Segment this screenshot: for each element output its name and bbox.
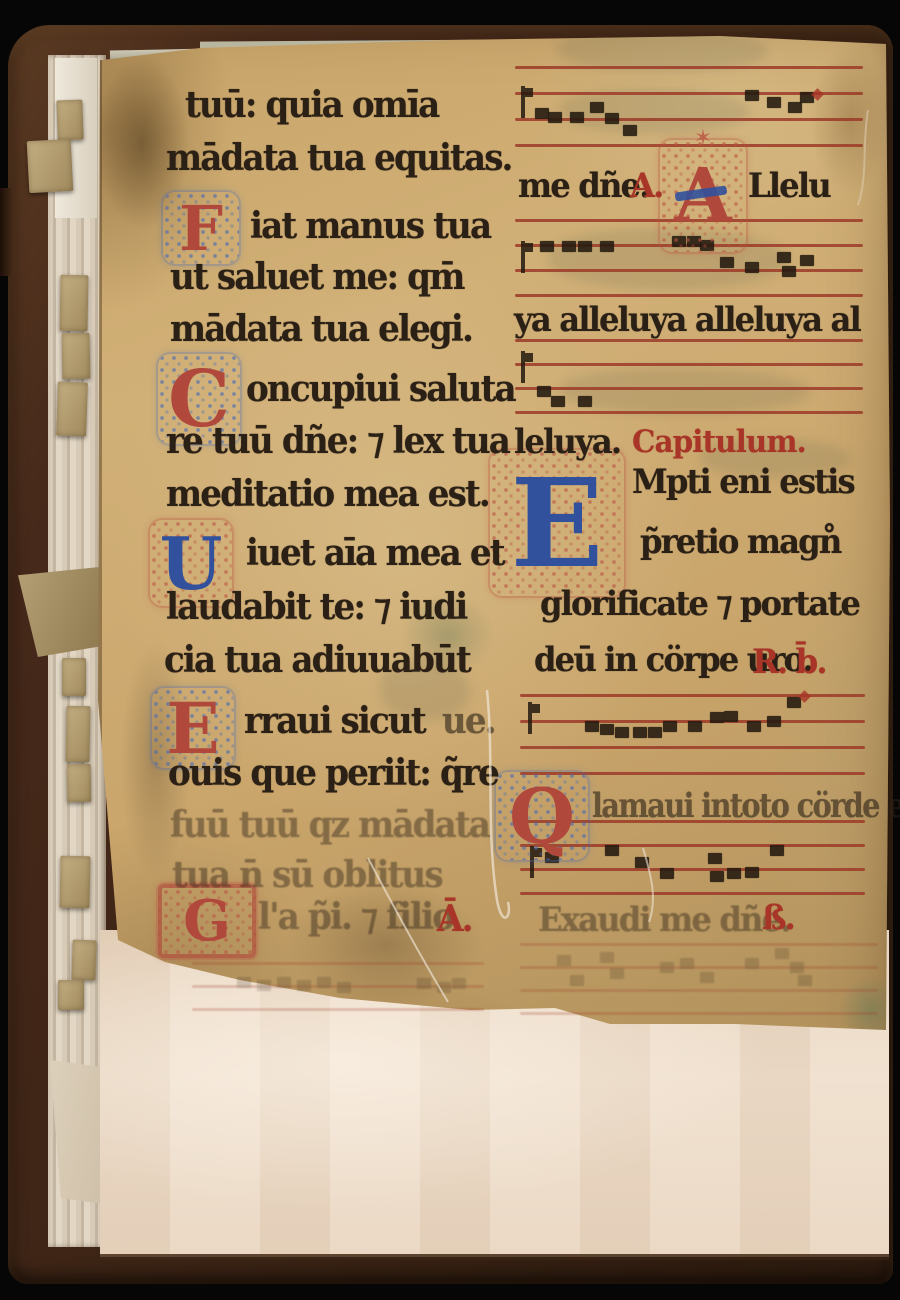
- staff-line: [520, 868, 865, 871]
- neume-note: [727, 868, 741, 879]
- neume-note: [452, 978, 466, 989]
- rubric-capitulum: Capitulum.: [632, 424, 806, 460]
- staff-line: [515, 363, 863, 366]
- chapter-text: p̃retio magn̊: [640, 522, 840, 562]
- parchment-tab: [56, 381, 88, 436]
- chapter-text: glorificate ⁊ portate: [540, 584, 859, 624]
- neume-note: [557, 955, 571, 966]
- text-line: mādata tua elegi.: [170, 308, 472, 350]
- illuminated-initial-A: A: [660, 140, 746, 252]
- illuminated-initial-E-capitulum: E: [490, 450, 624, 596]
- neume-note: [537, 386, 551, 397]
- neume-note: [578, 396, 592, 407]
- text-segment: rraui sicut: [244, 700, 425, 742]
- neume-note: [237, 977, 251, 988]
- text-line: iat manus tua: [250, 205, 490, 247]
- neume-note: [788, 102, 802, 113]
- clef-mark: [521, 241, 525, 273]
- neume-note: [648, 727, 662, 738]
- neume-note: [570, 112, 584, 123]
- staff-line: [520, 989, 878, 992]
- parchment-tab: [71, 940, 96, 981]
- neume-note: [777, 252, 791, 263]
- staff-line: [515, 118, 863, 121]
- neume-note: [605, 845, 619, 856]
- parchment-tab: [66, 706, 91, 762]
- chapter-text: Mpti eni estis: [632, 462, 854, 502]
- staff-line: [515, 269, 863, 272]
- text-line: mādata tua equitas.: [166, 137, 512, 179]
- neume-note: [790, 962, 804, 973]
- neume-note: [663, 721, 677, 732]
- staff-line: [520, 1012, 878, 1015]
- clef-mark: [521, 351, 525, 383]
- staff-line: [515, 66, 863, 69]
- neume-note: [623, 125, 637, 136]
- parchment-tab: [62, 333, 91, 379]
- neume-note: [585, 721, 599, 732]
- neume-note: [317, 977, 331, 988]
- music-staff: [192, 962, 484, 1024]
- neume-note: [775, 948, 789, 959]
- text-line: tuū: quia omīa: [185, 84, 438, 126]
- neume-note: [782, 266, 796, 277]
- text-line: laudabit te: ⁊ iudi: [166, 586, 466, 628]
- neume-note: [600, 241, 614, 252]
- chant-text: ya alleluya alleluya al: [514, 300, 860, 340]
- neume-note: [540, 241, 554, 252]
- neume-note: [600, 724, 614, 735]
- photo-of-manuscript-opening: tuū: quia omīa mādata tua equitas. F iat…: [0, 0, 900, 1300]
- parchment-tab: [56, 100, 83, 141]
- response-mark: R. b̄.: [752, 642, 826, 682]
- neume-note: [767, 716, 781, 727]
- clef-mark: [528, 702, 532, 734]
- neume-note: [700, 972, 714, 983]
- text-line: meditatio mea est.: [166, 473, 489, 515]
- neume-note: [535, 108, 549, 119]
- neume-note: [800, 255, 814, 266]
- neume-note: [610, 968, 624, 979]
- text-segment-faded: ue.: [442, 700, 495, 742]
- neume-note: [551, 396, 565, 407]
- staff-line: [515, 294, 863, 297]
- text-line: rraui sicutue.: [244, 700, 495, 742]
- staff-line: [520, 746, 865, 749]
- text-line: l'a p̃i. ⁊ filio: [258, 896, 453, 938]
- staff-line: [520, 943, 878, 946]
- neume-note: [578, 241, 592, 252]
- neume-note: [633, 727, 647, 738]
- neume-note: [720, 257, 734, 268]
- text-line: ut saluet me: qm̄: [170, 256, 463, 298]
- antiphon-mark: A.: [630, 166, 663, 206]
- neume-note: [437, 982, 451, 993]
- parchment-tab: [62, 658, 86, 696]
- parchment-tab: [60, 856, 91, 909]
- text-line: ouis que periit: q̃re: [168, 752, 498, 794]
- text-line: fuū tuū qz mādata: [170, 804, 489, 846]
- neume-note: [600, 952, 614, 963]
- staff-line: [520, 966, 878, 969]
- neume-note: [767, 97, 781, 108]
- parchment-tab: [67, 764, 92, 802]
- neume-note: [660, 868, 674, 879]
- illuminated-initial-Q: Q: [496, 772, 588, 860]
- staff-line: [520, 694, 865, 697]
- neume-note: [745, 90, 759, 101]
- clef-mark: [521, 86, 525, 118]
- text-line: re tuū dñe: ⁊ lex tua: [166, 420, 509, 462]
- neume-note: [417, 978, 431, 989]
- neume-note: [635, 857, 649, 868]
- illuminated-initial-F: F: [163, 192, 239, 264]
- neume-note: [688, 721, 702, 732]
- neume-note: [787, 697, 801, 708]
- music-staff: [515, 339, 863, 427]
- neume-note: [708, 853, 722, 864]
- staff-line: [192, 1008, 484, 1011]
- neume-note: [724, 711, 738, 722]
- neume-note: [570, 975, 584, 986]
- antiphon-mark: Ā.: [437, 898, 472, 940]
- neume-note: [745, 262, 759, 273]
- parchment-tab: [27, 139, 74, 193]
- text-line: oncupiui saluta: [246, 368, 515, 410]
- neume-note: [660, 962, 674, 973]
- chant-text: Exaudi me dñe.: [538, 900, 790, 940]
- chant-text: lamaui intoto cörde ex: [592, 786, 900, 826]
- parchment-tab: [58, 980, 84, 1010]
- neume-note: [605, 113, 619, 124]
- neume-note: [615, 727, 629, 738]
- neume-note: [745, 867, 759, 878]
- chant-text: leluya.: [514, 422, 620, 462]
- text-line: cia tua adiuuabūt: [164, 639, 470, 681]
- neume-note: [257, 980, 271, 991]
- neume-note: [548, 112, 562, 123]
- text-line: iuet aīa mea et: [246, 532, 504, 574]
- neume-note: [680, 958, 694, 969]
- chant-text: me dñe.: [518, 166, 649, 206]
- chant-text: Llelu: [748, 166, 830, 206]
- staff-line: [520, 892, 865, 895]
- neume-note: [710, 712, 724, 723]
- neume-note: [562, 241, 576, 252]
- neume-note: [798, 975, 812, 986]
- response-mark: ß.: [762, 898, 794, 938]
- clasp-remnant: [0, 188, 15, 276]
- staff-line: [515, 411, 863, 414]
- neume-note: [297, 980, 311, 991]
- neume-note: [747, 721, 761, 732]
- music-staff: [520, 943, 878, 1028]
- neume-note: [590, 102, 604, 113]
- parchment-tab: [60, 275, 89, 331]
- neume-note: [277, 977, 291, 988]
- neume-note: [770, 845, 784, 856]
- staff-line: [515, 387, 863, 390]
- neume-note: [710, 871, 724, 882]
- neume-note: [745, 958, 759, 969]
- neume-note: [337, 982, 351, 993]
- text-line: tua n̄ sū oblitus: [172, 854, 442, 896]
- staff-line: [192, 962, 484, 965]
